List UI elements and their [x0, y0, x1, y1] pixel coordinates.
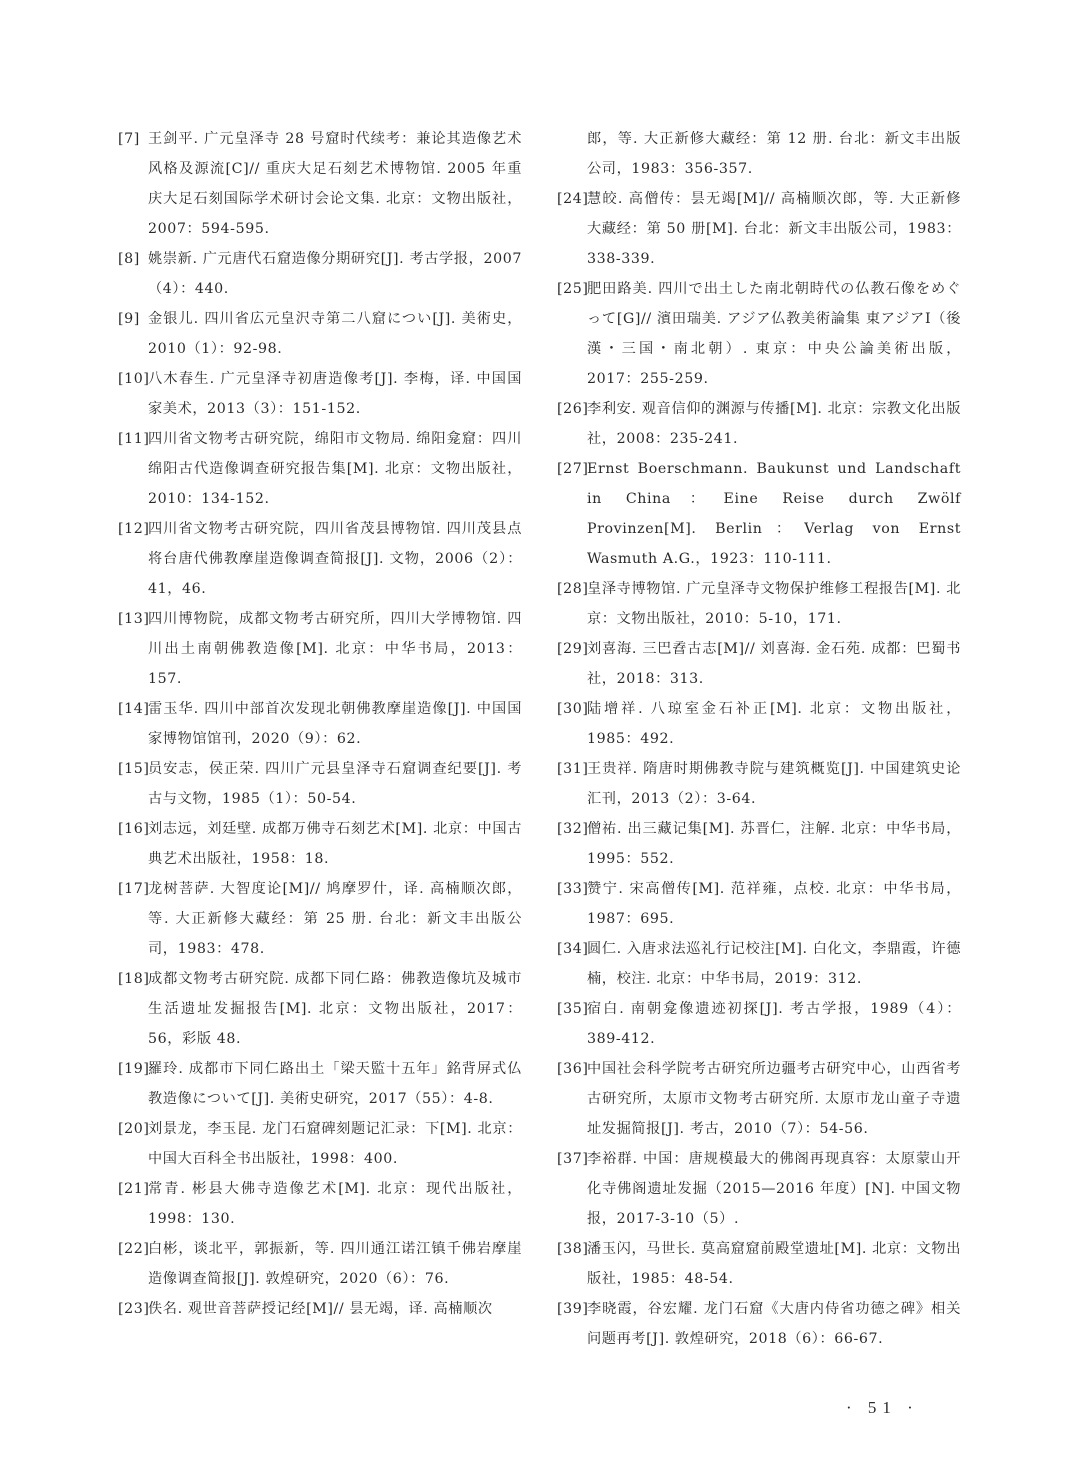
reference-item: [15]员安志，侯正荣. 四川广元县皇泽寺石窟调查纪要[J]. 考古与文物，19… [118, 754, 522, 814]
reference-number: [34] [557, 934, 589, 964]
reference-text: 赞宁. 宋高僧传[M]. 范祥雍，点校. 北京：中华书局，1987：695. [587, 881, 961, 927]
reference-number: [24] [557, 184, 589, 214]
reference-item: [28]皇泽寺博物馆. 广元皇泽寺文物保护维修工程报告[M]. 北京：文物出版社… [557, 574, 961, 634]
reference-text: 姚崇新. 广元唐代石窟造像分期研究[J]. 考古学报，2007（4）：440. [148, 251, 522, 297]
reference-item: [12]四川省文物考古研究院，四川省茂县博物馆. 四川茂县点将台唐代佛教摩崖造像… [118, 514, 522, 604]
reference-text: 中国社会科学院考古研究所边疆考古研究中心，山西省考古研究所，太原市文物考古研究所… [587, 1061, 961, 1137]
reference-number: [29] [557, 634, 589, 664]
reference-number: [12] [118, 514, 150, 544]
reference-item: [22]白彬，谈北平，郭振新，等. 四川通江诺江镇千佛岩摩崖造像调查简报[J].… [118, 1234, 522, 1294]
reference-number: [25] [557, 274, 589, 304]
reference-item: [29]刘喜海. 三巴孴古志[M]// 刘喜海. 金石苑. 成都：巴蜀书社，20… [557, 634, 961, 694]
reference-text: 圆仁. 入唐求法巡礼行记校注[M]. 白化文，李鼎霞，许德楠，校注. 北京：中华… [587, 941, 961, 987]
reference-number: [37] [557, 1144, 589, 1174]
reference-item: [31]王贵祥. 隋唐时期佛教寺院与建筑概览[J]. 中国建筑史论汇刊，2013… [557, 754, 961, 814]
reference-item: [7]王剑平. 广元皇泽寺 28 号窟时代续考：兼论其造像艺术风格及源流[C]/… [118, 124, 522, 244]
reference-number: [14] [118, 694, 150, 724]
reference-text: 刘喜海. 三巴孴古志[M]// 刘喜海. 金石苑. 成都：巴蜀书社，2018：3… [587, 641, 961, 687]
reference-text: 四川省文物考古研究院，四川省茂县博物馆. 四川茂县点将台唐代佛教摩崖造像调查简报… [148, 521, 522, 597]
reference-text: 四川省文物考古研究院，绵阳市文物局. 绵阳龛窟：四川绵阳古代造像调查研究报告集[… [148, 431, 522, 507]
reference-item: [23]佚名. 观世音菩萨授记经[M]// 昙无竭，译. 高楠顺次 [118, 1294, 522, 1324]
references-left-column: [7]王剑平. 广元皇泽寺 28 号窟时代续考：兼论其造像艺术风格及源流[C]/… [118, 124, 522, 1324]
document-page: [7]王剑平. 广元皇泽寺 28 号窟时代续考：兼论其造像艺术风格及源流[C]/… [0, 0, 1080, 1466]
reference-number: [7] [118, 124, 140, 154]
reference-text: 李裕群. 中国：唐规模最大的佛阁再现真容：太原蒙山开化寺佛阁遗址发掘（2015—… [587, 1151, 961, 1227]
reference-item: [17]龙树菩萨. 大智度论[M]// 鸠摩罗什，译. 高楠顺次郎，等. 大正新… [118, 874, 522, 964]
references-right-column: 郎，等. 大正新修大藏经：第 12 册. 台北：新文丰出版公司，1983：356… [557, 124, 961, 1354]
reference-item: [10]八木春生. 广元皇泽寺初唐造像考[J]. 李梅，译. 中国国家美术，20… [118, 364, 522, 424]
reference-item: [33]赞宁. 宋高僧传[M]. 范祥雍，点校. 北京：中华书局，1987：69… [557, 874, 961, 934]
reference-text: 雷玉华. 四川中部首次发现北朝佛教摩崖造像[J]. 中国国家博物馆馆刊，2020… [148, 701, 522, 747]
reference-item: [39]李晓霞，谷宏耀. 龙门石窟《大唐内侍省功德之碑》相关问题再考[J]. 敦… [557, 1294, 961, 1354]
reference-text: 龙树菩萨. 大智度论[M]// 鸠摩罗什，译. 高楠顺次郎，等. 大正新修大藏经… [148, 881, 522, 957]
reference-item: [9]金银儿. 四川省広元皇沢寺第二八窟につい[J]. 美術史，2010（1）：… [118, 304, 522, 364]
reference-number: [16] [118, 814, 150, 844]
reference-item: [24]慧皎. 高僧传：昙无竭[M]// 高楠顺次郎，等. 大正新修大藏经：第 … [557, 184, 961, 274]
reference-text: 八木春生. 广元皇泽寺初唐造像考[J]. 李梅，译. 中国国家美术，2013（3… [148, 371, 522, 417]
reference-item: [16]刘志远，刘廷壁. 成都万佛寺石刻艺术[M]. 北京：中国古典艺术出版社，… [118, 814, 522, 874]
reference-text: 慧皎. 高僧传：昙无竭[M]// 高楠顺次郎，等. 大正新修大藏经：第 50 册… [587, 191, 961, 267]
reference-item: [19]羅玲. 成都市下同仁路出土「梁天監十五年」銘背屏式仏教造像について[J]… [118, 1054, 522, 1114]
reference-item: [38]潘玉闪，马世长. 莫高窟窟前殿堂遗址[M]. 北京：文物出版社，1985… [557, 1234, 961, 1294]
reference-item: [25]肥田路美. 四川で出土した南北朝時代の仏教石像をめぐって[G]// 濱田… [557, 274, 961, 394]
reference-number: [9] [118, 304, 140, 334]
reference-text: 僧祐. 出三藏记集[M]. 苏晋仁，注解. 北京：中华书局，1995：552. [587, 821, 961, 867]
reference-item: [37]李裕群. 中国：唐规模最大的佛阁再现真容：太原蒙山开化寺佛阁遗址发掘（2… [557, 1144, 961, 1234]
reference-text: 王贵祥. 隋唐时期佛教寺院与建筑概览[J]. 中国建筑史论汇刊，2013（2）：… [587, 761, 961, 807]
reference-number: [30] [557, 694, 589, 724]
reference-text: 四川博物院，成都文物考古研究所，四川大学博物馆. 四川出土南朝佛教造像[M]. … [148, 611, 522, 687]
reference-continuation: 郎，等. 大正新修大藏经：第 12 册. 台北：新文丰出版公司，1983：356… [557, 124, 961, 184]
reference-text: 白彬，谈北平，郭振新，等. 四川通江诺江镇千佛岩摩崖造像调查简报[J]. 敦煌研… [148, 1241, 522, 1287]
reference-item: [11]四川省文物考古研究院，绵阳市文物局. 绵阳龛窟：四川绵阳古代造像调查研究… [118, 424, 522, 514]
reference-text: 肥田路美. 四川で出土した南北朝時代の仏教石像をめぐって[G]// 濱田瑞美. … [587, 281, 961, 387]
reference-number: [31] [557, 754, 589, 784]
reference-item: [14]雷玉华. 四川中部首次发现北朝佛教摩崖造像[J]. 中国国家博物馆馆刊，… [118, 694, 522, 754]
reference-text: 李利安. 观音信仰的渊源与传播[M]. 北京：宗教文化出版社，2008：235-… [587, 401, 961, 447]
reference-item: [8]姚崇新. 广元唐代石窟造像分期研究[J]. 考古学报，2007（4）：44… [118, 244, 522, 304]
reference-number: [20] [118, 1114, 150, 1144]
reference-text: 羅玲. 成都市下同仁路出土「梁天監十五年」銘背屏式仏教造像について[J]. 美術… [148, 1061, 522, 1107]
reference-item: [34]圆仁. 入唐求法巡礼行记校注[M]. 白化文，李鼎霞，许德楠，校注. 北… [557, 934, 961, 994]
reference-number: [21] [118, 1174, 150, 1204]
reference-number: [28] [557, 574, 589, 604]
reference-text: 潘玉闪，马世长. 莫高窟窟前殿堂遗址[M]. 北京：文物出版社，1985：48-… [587, 1241, 961, 1287]
reference-text: 宿白. 南朝龛像遗迹初探[J]. 考古学报，1989（4）：389-412. [587, 1001, 961, 1047]
reference-number: [17] [118, 874, 150, 904]
reference-number: [36] [557, 1054, 589, 1084]
reference-text: 李晓霞，谷宏耀. 龙门石窟《大唐内侍省功德之碑》相关问题再考[J]. 敦煌研究，… [587, 1301, 961, 1347]
reference-item: [30]陆增祥. 八琼室金石补正[M]. 北京：文物出版社，1985：492. [557, 694, 961, 754]
reference-number: [10] [118, 364, 150, 394]
reference-text: 王剑平. 广元皇泽寺 28 号窟时代续考：兼论其造像艺术风格及源流[C]// 重… [148, 131, 522, 237]
reference-text: 成都文物考古研究院. 成都下同仁路：佛教造像坑及城市生活遗址发掘报告[M]. 北… [148, 971, 522, 1047]
reference-number: [26] [557, 394, 589, 424]
reference-item: [20]刘景龙，李玉昆. 龙门石窟碑刻题记汇录：下[M]. 北京：中国大百科全书… [118, 1114, 522, 1174]
reference-text: 郎，等. 大正新修大藏经：第 12 册. 台北：新文丰出版公司，1983：356… [587, 131, 961, 177]
reference-item: [35]宿白. 南朝龛像遗迹初探[J]. 考古学报，1989（4）：389-41… [557, 994, 961, 1054]
reference-number: [13] [118, 604, 150, 634]
reference-text: 金银儿. 四川省広元皇沢寺第二八窟につい[J]. 美術史，2010（1）：92-… [148, 311, 522, 357]
reference-number: [35] [557, 994, 589, 1024]
reference-item: [27]Ernst Boerschmann. Baukunst und Land… [557, 454, 961, 574]
reference-number: [23] [118, 1294, 150, 1324]
reference-number: [11] [118, 424, 150, 454]
reference-item: [36]中国社会科学院考古研究所边疆考古研究中心，山西省考古研究所，太原市文物考… [557, 1054, 961, 1144]
reference-text: Ernst Boerschmann. Baukunst und Landscha… [587, 461, 961, 567]
reference-text: 常青. 彬县大佛寺造像艺术[M]. 北京：现代出版社，1998：130. [148, 1181, 522, 1227]
reference-number: [15] [118, 754, 150, 784]
reference-number: [18] [118, 964, 150, 994]
reference-number: [27] [557, 454, 589, 484]
reference-item: [21]常青. 彬县大佛寺造像艺术[M]. 北京：现代出版社，1998：130. [118, 1174, 522, 1234]
reference-number: [8] [118, 244, 140, 274]
reference-text: 刘志远，刘廷壁. 成都万佛寺石刻艺术[M]. 北京：中国古典艺术出版社，1958… [148, 821, 522, 867]
reference-item: [18]成都文物考古研究院. 成都下同仁路：佛教造像坑及城市生活遗址发掘报告[M… [118, 964, 522, 1054]
reference-number: [38] [557, 1234, 589, 1264]
reference-item: [13]四川博物院，成都文物考古研究所，四川大学博物馆. 四川出土南朝佛教造像[… [118, 604, 522, 694]
reference-number: [22] [118, 1234, 150, 1264]
reference-text: 皇泽寺博物馆. 广元皇泽寺文物保护维修工程报告[M]. 北京：文物出版社，201… [587, 581, 961, 627]
reference-text: 陆增祥. 八琼室金石补正[M]. 北京：文物出版社，1985：492. [587, 701, 961, 747]
reference-item: [32]僧祐. 出三藏记集[M]. 苏晋仁，注解. 北京：中华书局，1995：5… [557, 814, 961, 874]
page-number: · 51 · [846, 1398, 919, 1418]
reference-item: [26]李利安. 观音信仰的渊源与传播[M]. 北京：宗教文化出版社，2008：… [557, 394, 961, 454]
reference-number: [32] [557, 814, 589, 844]
reference-number: [19] [118, 1054, 150, 1084]
reference-text: 刘景龙，李玉昆. 龙门石窟碑刻题记汇录：下[M]. 北京：中国大百科全书出版社，… [148, 1121, 522, 1167]
reference-text: 员安志，侯正荣. 四川广元县皇泽寺石窟调查纪要[J]. 考古与文物，1985（1… [148, 761, 522, 807]
reference-text: 佚名. 观世音菩萨授记经[M]// 昙无竭，译. 高楠顺次 [148, 1301, 493, 1317]
reference-number: [33] [557, 874, 589, 904]
reference-number: [39] [557, 1294, 589, 1324]
